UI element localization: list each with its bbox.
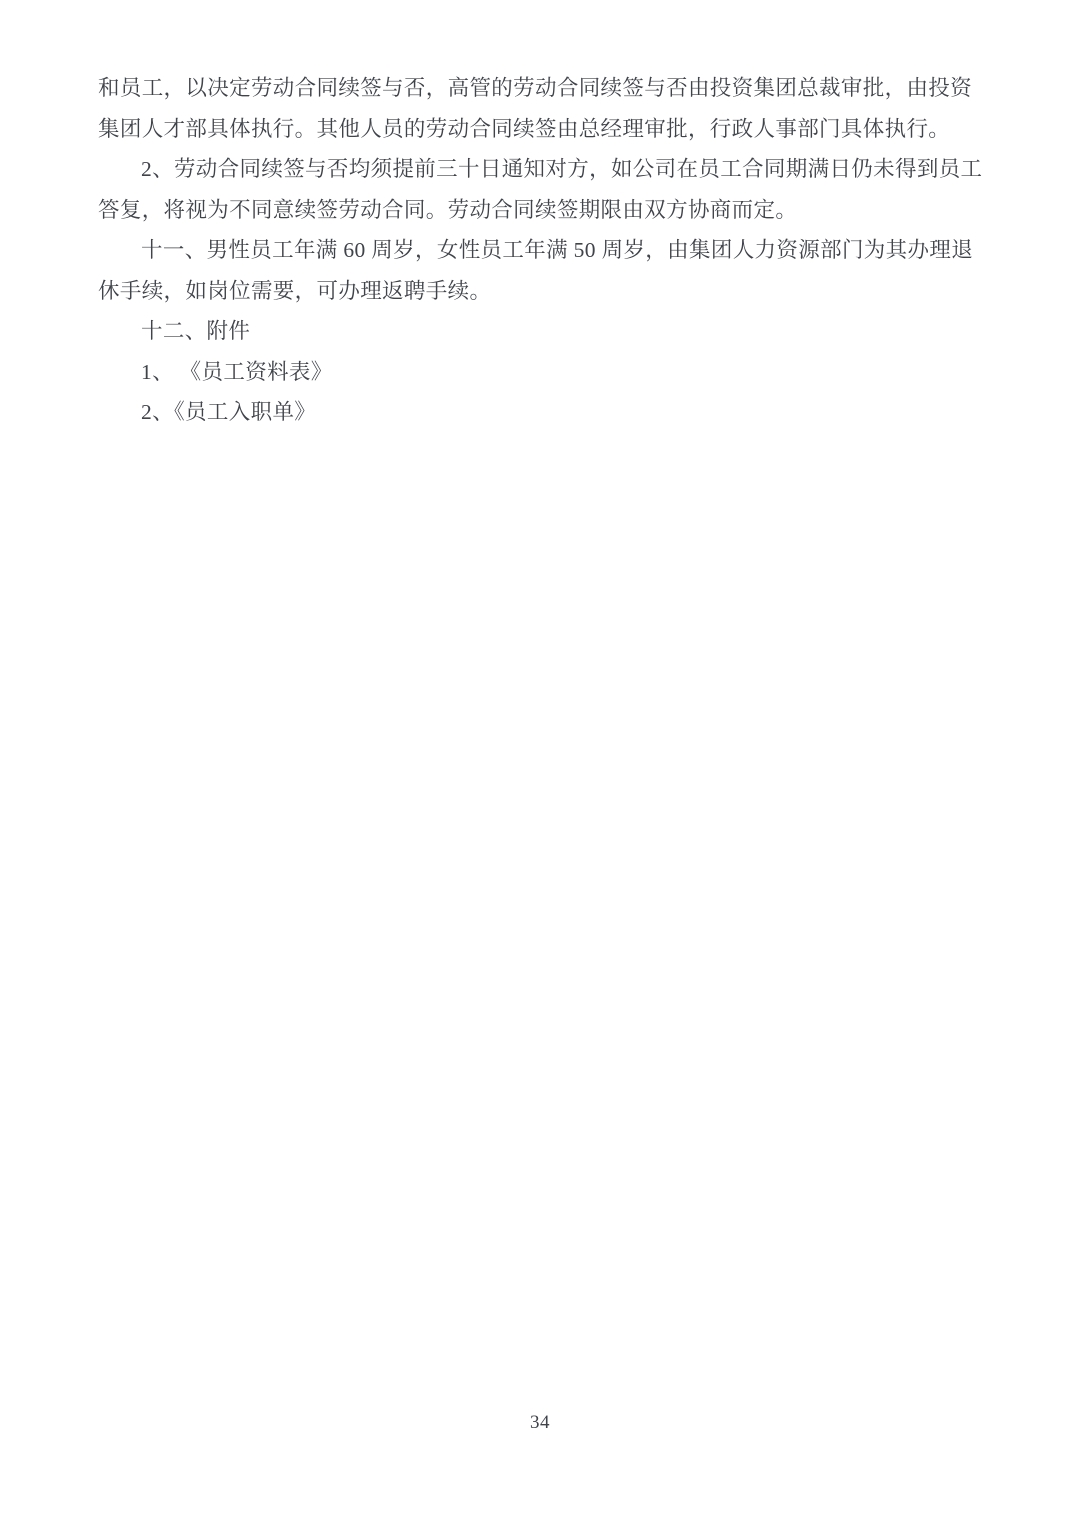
text-line: 2、劳动合同续签与否均须提前三十日通知对方，如公司在员工合同期满日仍未得到员工 bbox=[98, 149, 978, 190]
document-body: 和员工，以决定劳动合同续签与否，高管的劳动合同续签与否由投资集团总裁审批，由投资… bbox=[98, 68, 978, 433]
page-number: 34 bbox=[0, 1412, 1080, 1434]
text-line: 十二、附件 bbox=[98, 311, 978, 352]
document-page: 和员工，以决定劳动合同续签与否，高管的劳动合同续签与否由投资集团总裁审批，由投资… bbox=[0, 0, 1080, 1527]
text-line: 休手续，如岗位需要，可办理返聘手续。 bbox=[98, 271, 978, 312]
text-line: 十一、男性员工年满 60 周岁，女性员工年满 50 周岁，由集团人力资源部门为其… bbox=[98, 230, 978, 271]
text-line: 和员工，以决定劳动合同续签与否，高管的劳动合同续签与否由投资集团总裁审批，由投资 bbox=[98, 68, 978, 109]
text-line: 2、《员工入职单》 bbox=[98, 392, 978, 433]
text-line: 1、 《员工资料表》 bbox=[98, 352, 978, 393]
text-line: 答复，将视为不同意续签劳动合同。劳动合同续签期限由双方协商而定。 bbox=[98, 190, 978, 231]
text-line: 集团人才部具体执行。其他人员的劳动合同续签由总经理审批，行政人事部门具体执行。 bbox=[98, 109, 978, 150]
